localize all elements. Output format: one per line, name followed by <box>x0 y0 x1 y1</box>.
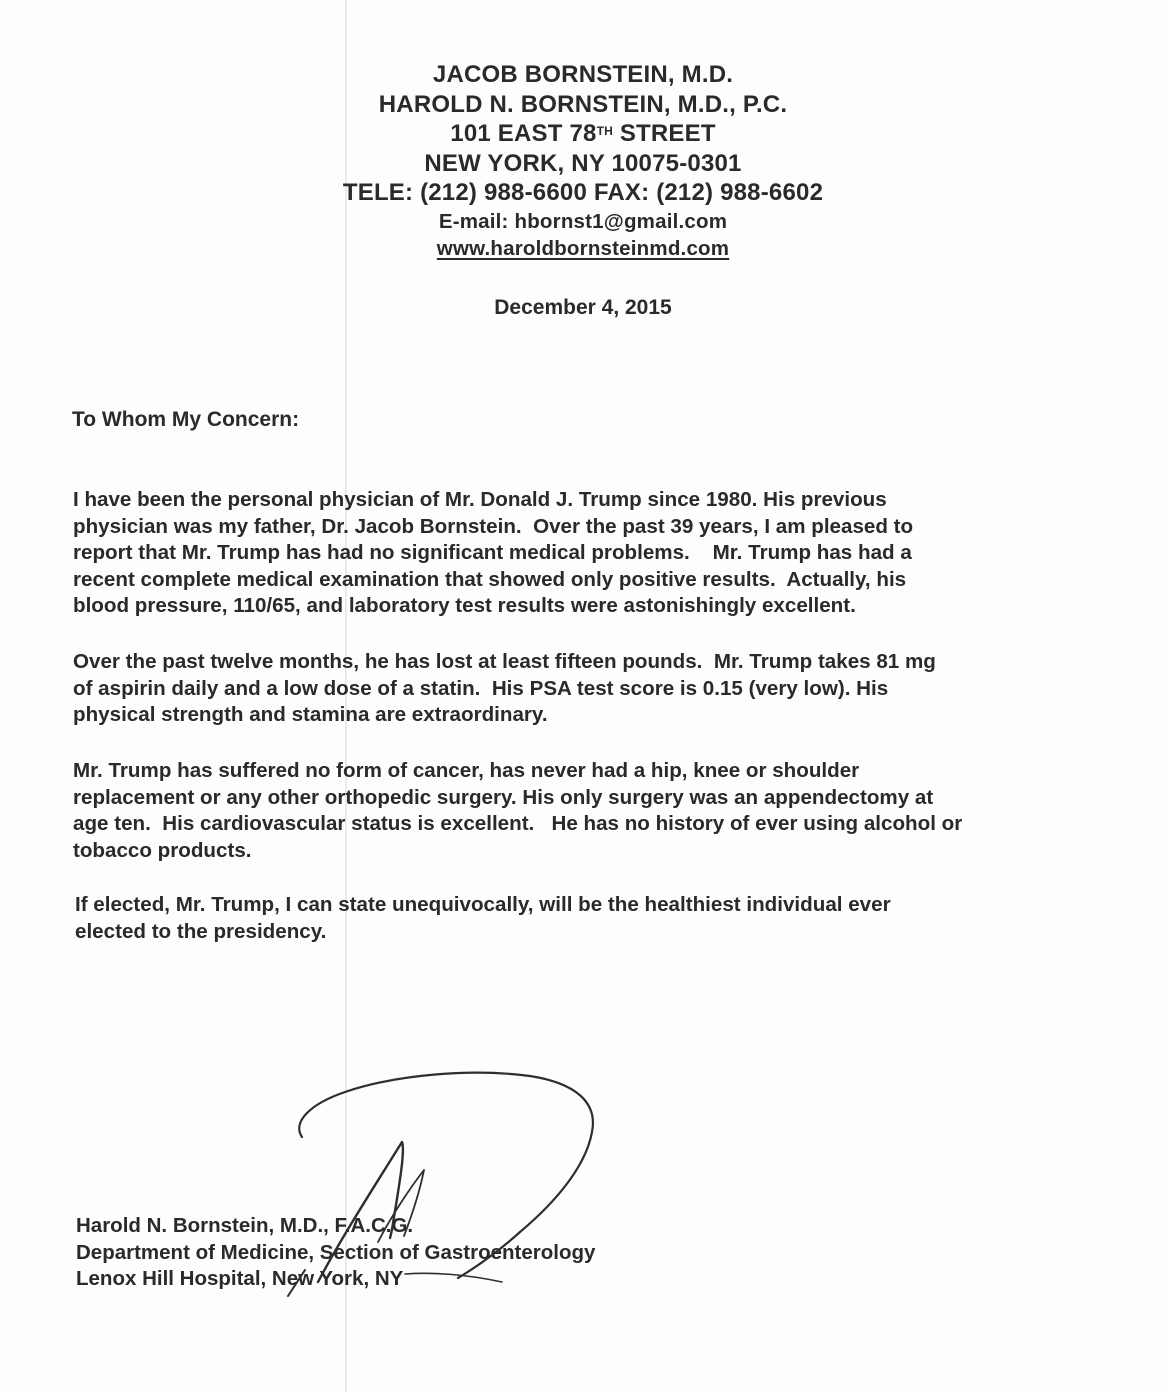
paragraph-2: Over the past twelve months, he has lost… <box>73 649 1133 729</box>
letterhead-street: 101 EAST 78TH STREET <box>0 119 1166 149</box>
letterhead-website-link[interactable]: www.haroldbornsteinmd.com <box>437 237 729 260</box>
paragraph-line: If elected, Mr. Trump, I can state unequ… <box>75 892 1135 919</box>
letterhead-name-harold: HAROLD N. BORNSTEIN, M.D., P.C. <box>0 90 1166 120</box>
signatory-department: Department of Medicine, Section of Gastr… <box>76 1240 595 1267</box>
letterhead-city: NEW YORK, NY 10075-0301 <box>0 149 1166 179</box>
salutation: To Whom My Concern: <box>72 408 299 432</box>
paragraph-line: blood pressure, 110/65, and laboratory t… <box>73 593 1133 620</box>
paragraph-line: Over the past twelve months, he has lost… <box>73 649 1133 676</box>
paragraph-line: physical strength and stamina are extrao… <box>73 702 1133 729</box>
paragraph-line: tobacco products. <box>73 838 1133 865</box>
street-name: STREET <box>613 120 716 147</box>
paragraph-line: report that Mr. Trump has had no signifi… <box>73 540 1133 567</box>
paragraph-line: I have been the personal physician of Mr… <box>73 487 1133 514</box>
paragraph-line: of aspirin daily and a low dose of a sta… <box>73 676 1133 703</box>
paragraph-line: recent complete medical examination that… <box>73 567 1133 594</box>
letter-date: December 4, 2015 <box>0 296 1166 320</box>
paragraph-line: Mr. Trump has suffered no form of cancer… <box>73 758 1133 785</box>
paragraph-1: I have been the personal physician of Mr… <box>73 487 1133 620</box>
paragraph-line: physician was my father, Dr. Jacob Borns… <box>73 514 1133 541</box>
street-ordinal-suffix: TH <box>597 124 613 138</box>
letterhead-phone-fax: TELE: (212) 988-6600 FAX: (212) 988-6602 <box>0 178 1166 208</box>
letterhead-email: E-mail: hbornst1@gmail.com <box>0 208 1166 235</box>
letterhead: JACOB BORNSTEIN, M.D. HAROLD N. BORNSTEI… <box>0 60 1166 262</box>
paragraph-line: replacement or any other orthopedic surg… <box>73 785 1133 812</box>
signature-block: Harold N. Bornstein, M.D., F.A.C.G. Depa… <box>76 1213 595 1293</box>
paragraph-3: Mr. Trump has suffered no form of cancer… <box>73 758 1133 864</box>
paragraph-4: If elected, Mr. Trump, I can state unequ… <box>75 892 1135 945</box>
paragraph-line: age ten. His cardiovascular status is ex… <box>73 811 1133 838</box>
signatory-name: Harold N. Bornstein, M.D., F.A.C.G. <box>76 1213 595 1240</box>
paragraph-line: elected to the presidency. <box>75 919 1135 946</box>
signatory-hospital: Lenox Hill Hospital, New York, NY <box>76 1266 595 1293</box>
letterhead-name-jacob: JACOB BORNSTEIN, M.D. <box>0 60 1166 90</box>
street-number: 101 EAST 78 <box>450 120 596 147</box>
